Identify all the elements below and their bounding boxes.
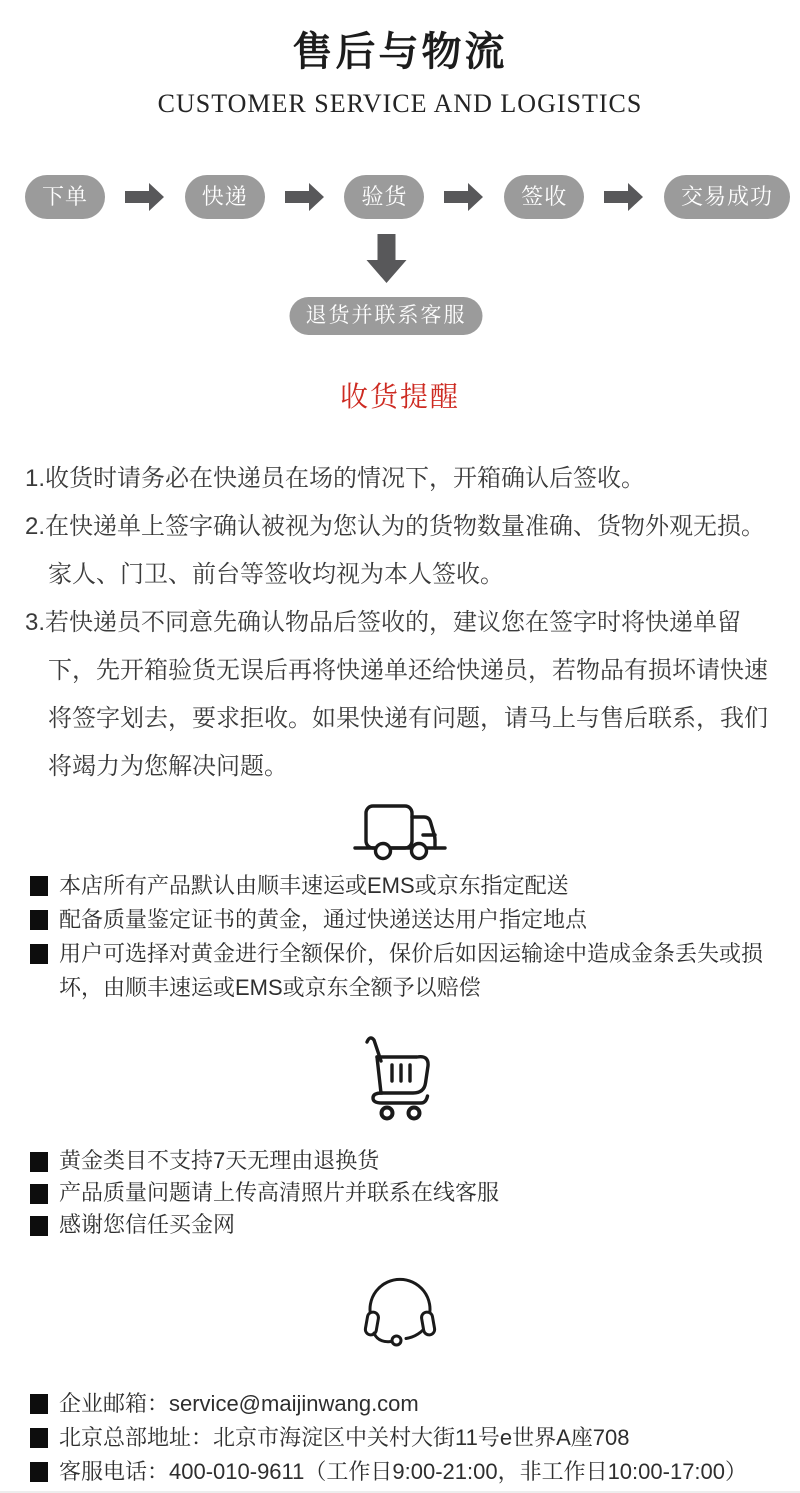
list-item: 黄金类目不支持7天无理由退换货 bbox=[30, 1145, 798, 1177]
square-bullet-icon bbox=[30, 1428, 48, 1448]
headset-icon bbox=[0, 1273, 800, 1351]
list-item: 配备质量鉴定证书的黄金，通过快递送达用户指定地点 bbox=[30, 903, 798, 937]
flow-step-return-contact-service: 退货并联系客服 bbox=[290, 297, 483, 335]
flow-step-place-order: 下单 bbox=[25, 175, 105, 219]
square-bullet-icon bbox=[30, 910, 48, 930]
contact-item-phone: 客服电话：400-010-9611（工作日9:00-21:00，非工作日10:0… bbox=[30, 1455, 798, 1489]
arrow-right-icon bbox=[285, 182, 325, 212]
contact-item-address: 北京总部地址：北京市海淀区中关村大街11号e世界A座708 bbox=[30, 1421, 798, 1455]
square-bullet-icon bbox=[30, 1216, 48, 1236]
flow-step-success: 交易成功 bbox=[664, 175, 790, 219]
notice-item-2: 2.在快递单上签字确认被视为您认为的货物数量准确、货物外观无损。家人、门卫、前台… bbox=[25, 503, 775, 599]
square-bullet-icon bbox=[30, 1394, 48, 1414]
flow-step-express: 快递 bbox=[185, 175, 265, 219]
flow-step-sign: 签收 bbox=[504, 175, 584, 219]
contact-list: 企业邮箱：service@maijinwang.com 北京总部地址：北京市海淀… bbox=[30, 1387, 800, 1489]
receiving-reminder-heading: 收货提醒 bbox=[0, 375, 800, 415]
customer-service-logistics-section: 售后与物流 CUSTOMER SERVICE AND LOGISTICS 下单 … bbox=[0, 0, 800, 1493]
page-title: 售后与物流 bbox=[0, 0, 800, 77]
notice-item-3: 3.若快递员不同意先确认物品后签收的，建议您在签字时将快递单留下，先开箱验货无误… bbox=[25, 599, 775, 791]
truck-icon bbox=[0, 803, 800, 861]
square-bullet-icon bbox=[30, 1152, 48, 1172]
arrow-right-icon bbox=[444, 182, 484, 212]
arrow-down-icon bbox=[364, 234, 408, 284]
list-item: 感谢您信任买金网 bbox=[30, 1209, 798, 1241]
shipping-list: 本店所有产品默认由顺丰速运或EMS或京东指定配送 配备质量鉴定证书的黄金，通过快… bbox=[30, 869, 800, 1005]
list-item: 产品质量问题请上传高清照片并联系在线客服 bbox=[30, 1177, 798, 1209]
square-bullet-icon bbox=[30, 1184, 48, 1204]
flow-return-branch: 退货并联系客服 bbox=[0, 219, 800, 339]
receiving-notice-list: 1.收货时请务必在快递员在场的情况下，开箱确认后签收。 2.在快递单上签字确认被… bbox=[25, 455, 775, 791]
flow-step-inspect: 验货 bbox=[344, 175, 424, 219]
square-bullet-icon bbox=[30, 1462, 48, 1482]
list-item: 用户可选择对黄金进行全额保价，保价后如因运输途中造成金条丢失或损坏，由顺丰速运或… bbox=[30, 937, 798, 1005]
square-bullet-icon bbox=[30, 944, 48, 964]
logistics-flow-diagram: 下单 快递 验货 签收 交易成功 bbox=[0, 175, 800, 219]
arrow-right-icon bbox=[125, 182, 165, 212]
arrow-right-icon bbox=[604, 182, 644, 212]
list-item: 本店所有产品默认由顺丰速运或EMS或京东指定配送 bbox=[30, 869, 798, 903]
returns-list: 黄金类目不支持7天无理由退换货 产品质量问题请上传高清照片并联系在线客服 感谢您… bbox=[30, 1145, 800, 1241]
page-subtitle: CUSTOMER SERVICE AND LOGISTICS bbox=[0, 89, 800, 119]
square-bullet-icon bbox=[30, 876, 48, 896]
contact-item-email: 企业邮箱：service@maijinwang.com bbox=[30, 1387, 798, 1421]
cart-icon bbox=[0, 1033, 800, 1121]
notice-item-1: 1.收货时请务必在快递员在场的情况下，开箱确认后签收。 bbox=[25, 455, 775, 503]
